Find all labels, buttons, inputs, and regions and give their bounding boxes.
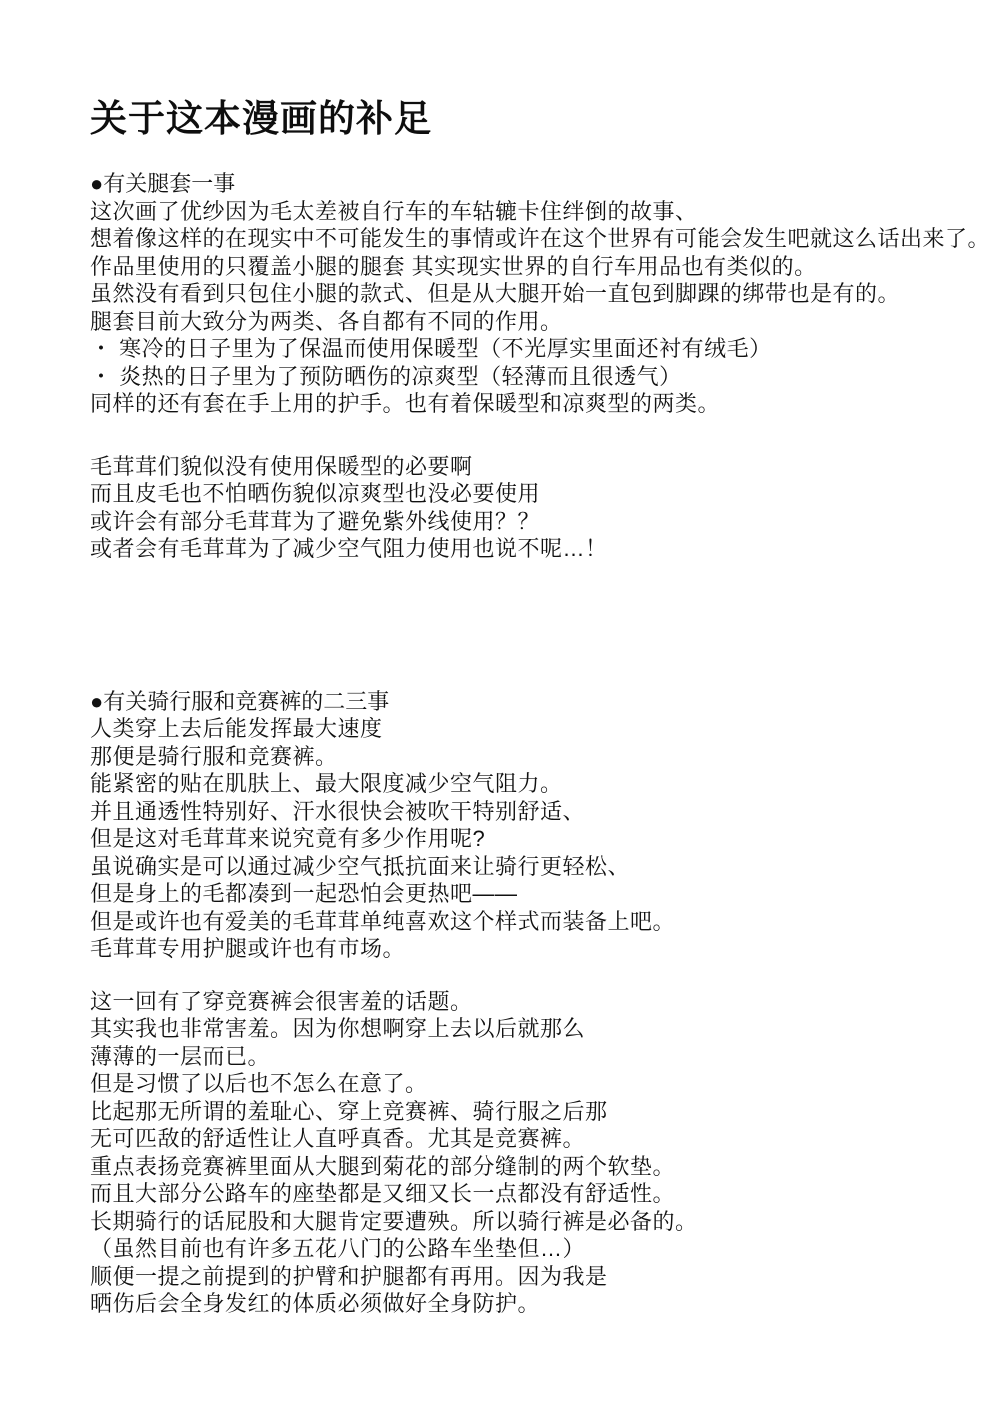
text-line: 这次画了优纱因为毛太差被自行车的车轱辘卡住绊倒的故事、 xyxy=(90,198,995,226)
text-line: 长期骑行的话屁股和大腿肯定要遭殃。所以骑行裤是必备的。 xyxy=(90,1208,995,1236)
text-line: ・ 炎热的日子里为了预防晒伤的凉爽型（轻薄而且很透气） xyxy=(90,363,995,391)
paragraph-leg-covers-thoughts: 毛茸茸们貌似没有使用保暖型的必要啊而且皮毛也不怕晒伤貌似凉爽型也没必要使用或许会… xyxy=(90,453,995,563)
text-line: 虽然没有看到只包住小腿的款式、但是从大腿开始一直包到脚踝的绑带也是有的。 xyxy=(90,280,995,308)
text-line: 人类穿上去后能发挥最大速度 xyxy=(90,715,995,743)
text-line: 重点表扬竞赛裤里面从大腿到菊花的部分缝制的两个软垫。 xyxy=(90,1153,995,1181)
text-line: 或者会有毛茸茸为了减少空气阻力使用也说不呢…！ xyxy=(90,535,995,563)
text-line: 毛茸茸们貌似没有使用保暖型的必要啊 xyxy=(90,453,995,481)
text-line: 其实我也非常害羞。因为你想啊穿上去以后就那么 xyxy=(90,1015,995,1043)
text-line: 但是习惯了以后也不怎么在意了。 xyxy=(90,1070,995,1098)
section-heading-leg-covers: ●有关腿套一事 xyxy=(90,170,995,198)
text-line: 腿套目前大致分为两类、各自都有不同的作用。 xyxy=(90,308,995,336)
text-line: 但是这对毛茸茸来说究竟有多少作用呢? xyxy=(90,825,995,853)
text-line: 这一回有了穿竞赛裤会很害羞的话题。 xyxy=(90,988,995,1016)
text-line: 晒伤后会全身发红的体质必须做好全身防护。 xyxy=(90,1290,995,1318)
text-line: ・ 寒冷的日子里为了保温而使用保暖型（不光厚实里面还衬有绒毛） xyxy=(90,335,995,363)
document-page: 关于这本漫画的补足 ●有关腿套一事 这次画了优纱因为毛太差被自行车的车轱辘卡住绊… xyxy=(0,0,1003,1413)
text-line: 而且皮毛也不怕晒伤貌似凉爽型也没必要使用 xyxy=(90,480,995,508)
text-line: 而且大部分公路车的座垫都是又细又长一点都没有舒适性。 xyxy=(90,1180,995,1208)
section-heading-cycling-wear: ●有关骑行服和竞赛裤的二三事 xyxy=(90,688,995,716)
section-cycling-wear: ●有关骑行服和竞赛裤的二三事 人类穿上去后能发挥最大速度那便是骑行服和竞赛裤。能… xyxy=(90,688,995,1318)
text-line: 但是身上的毛都凑到一起恐怕会更热吧—— xyxy=(90,880,995,908)
paragraph-leg-covers-main: 这次画了优纱因为毛太差被自行车的车轱辘卡住绊倒的故事、想着像这样的在现实中不可能… xyxy=(90,198,995,418)
text-line: 同样的还有套在手上用的护手。也有着保暖型和凉爽型的两类。 xyxy=(90,390,995,418)
text-line: 那便是骑行服和竞赛裤。 xyxy=(90,743,995,771)
text-line: 比起那无所谓的羞耻心、穿上竞赛裤、骑行服之后那 xyxy=(90,1098,995,1126)
text-line: 虽说确实是可以通过减少空气抵抗面来让骑行更轻松、 xyxy=(90,853,995,881)
text-line: 薄薄的一层而已。 xyxy=(90,1043,995,1071)
text-line: 毛茸茸专用护腿或许也有市场。 xyxy=(90,935,995,963)
section-leg-covers: ●有关腿套一事 这次画了优纱因为毛太差被自行车的车轱辘卡住绊倒的故事、想着像这样… xyxy=(90,170,995,563)
text-line: （虽然目前也有许多五花八门的公路车坐垫但…） xyxy=(90,1235,995,1263)
paragraph-cycling-wear-personal: 这一回有了穿竞赛裤会很害羞的话题。其实我也非常害羞。因为你想啊穿上去以后就那么薄… xyxy=(90,988,995,1318)
text-line: 无可匹敌的舒适性让人直呼真香。尤其是竞赛裤。 xyxy=(90,1125,995,1153)
paragraph-cycling-wear-main: 人类穿上去后能发挥最大速度那便是骑行服和竞赛裤。能紧密的贴在肌肤上、最大限度减少… xyxy=(90,715,995,963)
text-line: 想着像这样的在现实中不可能发生的事情或许在这个世界有可能会发生吧就这么话出来了。 xyxy=(90,225,995,253)
text-line: 能紧密的贴在肌肤上、最大限度减少空气阻力。 xyxy=(90,770,995,798)
text-line: 但是或许也有爱美的毛茸茸单纯喜欢这个样式而装备上吧。 xyxy=(90,908,995,936)
text-line: 顺便一提之前提到的护臂和护腿都有再用。因为我是 xyxy=(90,1263,995,1291)
text-line: 并且通透性特别好、汗水很快会被吹干特别舒适、 xyxy=(90,798,995,826)
text-line: 作品里使用的只覆盖小腿的腿套 其实现实世界的自行车用品也有类似的。 xyxy=(90,253,995,281)
page-title: 关于这本漫画的补足 xyxy=(90,98,995,140)
text-line: 或许会有部分毛茸茸为了避免紫外线使用？？ xyxy=(90,508,995,536)
